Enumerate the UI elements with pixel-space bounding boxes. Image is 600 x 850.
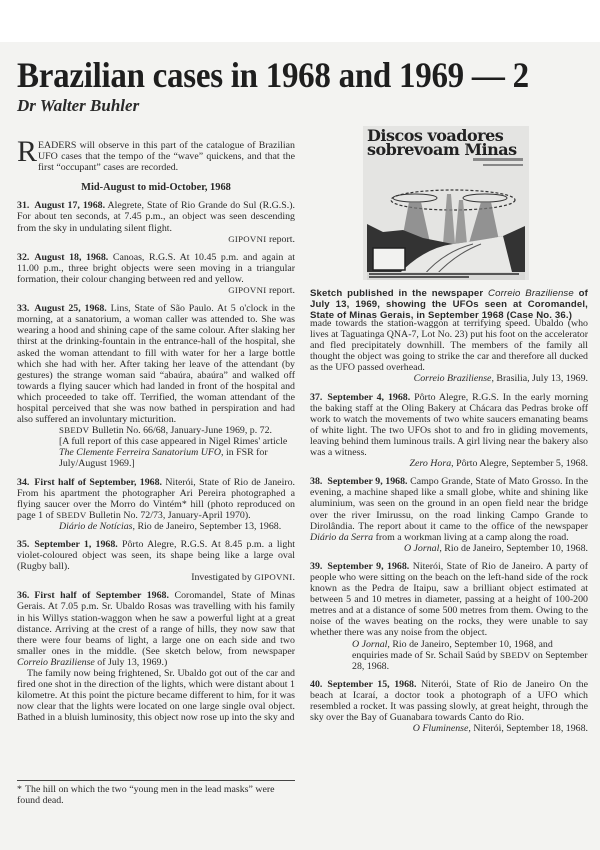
case-source: GIPOVNI report. xyxy=(17,234,295,245)
drop-cap: R xyxy=(17,141,37,163)
case-31: 31.August 17, 1968. Alegrete, State of R… xyxy=(17,200,295,244)
case-34: 34.First half of September, 1968. Niteró… xyxy=(17,477,295,532)
footnote-divider xyxy=(17,780,295,781)
ufo-sketch-illustration xyxy=(363,126,529,280)
figure-caption: Sketch published in the newspaper Correi… xyxy=(310,288,588,322)
case-32: 32.August 18, 1968. Canoas, R.G.S. At 10… xyxy=(17,252,295,296)
case-source: SBEDV Bulletin No. 66/68, January-June 1… xyxy=(17,425,295,469)
case-39: 39.September 9, 1968. Niterói, State of … xyxy=(310,561,588,672)
intro-paragraph: READERS will observe in this part of the… xyxy=(17,140,295,173)
left-column: READERS will observe in this part of the… xyxy=(17,140,295,724)
case-source: O Fluminense, Niterói, September 18, 196… xyxy=(310,723,588,734)
article-author: Dr Walter Buhler xyxy=(17,96,139,116)
case-33: 33.August 25, 1968. Lins, State of São P… xyxy=(17,303,295,469)
case-source: O Jornal, Rio de Janeiro, September 10, … xyxy=(310,639,588,672)
case-35: 35.September 1, 1968. Pôrto Alegre, R.G.… xyxy=(17,539,295,583)
article-title: Brazilian cases in 1968 and 1969 — 2 xyxy=(17,54,529,96)
newspaper-sketch-image: Discos voadores sobrevoam Minas xyxy=(363,126,529,280)
case-36: 36.First half of September 1968. Coroman… xyxy=(17,590,295,723)
case-source: Investigated by GIPOVNI. xyxy=(17,572,295,583)
case-source: Correio Braziliense, Brasilia, July 13, … xyxy=(310,373,588,384)
case-source: O Jornal, Rio de Janeiro, September 10, … xyxy=(310,543,588,554)
case-37: 37.September 4, 1968. Pôrto Alegre, R.G.… xyxy=(310,392,588,470)
case-source: Zero Hora, Pôrto Alegre, September 5, 19… xyxy=(310,458,588,469)
section-heading: Mid-August to mid-October, 1968 xyxy=(17,182,295,193)
case-36-continued: made towards the station-waggon at terri… xyxy=(310,318,588,385)
case-source: GIPOVNI report. xyxy=(17,285,295,296)
footnote: *The hill on which the two “young men in… xyxy=(17,784,295,806)
case-40: 40.September 15, 1968. Niterói, State of… xyxy=(310,679,588,734)
case-38: 38.September 9, 1968. Campo Grande, Stat… xyxy=(310,476,588,554)
footnote-mark: * xyxy=(17,784,25,795)
magazine-page: Brazilian cases in 1968 and 1969 — 2 Dr … xyxy=(0,42,600,850)
case-source: Diário de Notícias, Rio de Janeiro, Sept… xyxy=(17,521,295,532)
right-column: made towards the station-waggon at terri… xyxy=(310,318,588,734)
